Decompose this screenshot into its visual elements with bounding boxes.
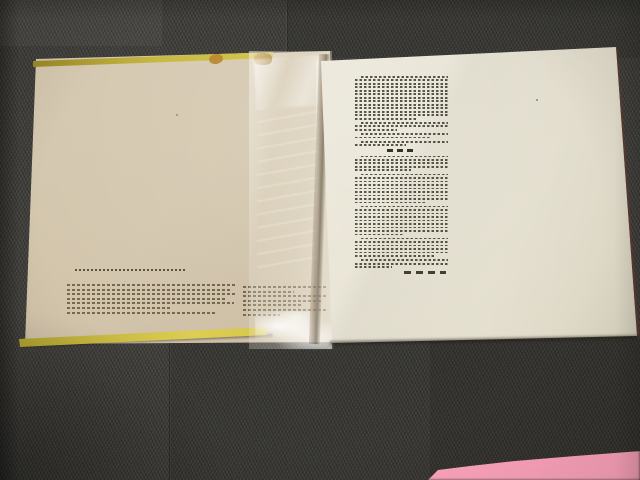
notes-text-line xyxy=(355,230,448,232)
notes-text-line xyxy=(355,252,448,254)
notes-section-heading xyxy=(387,149,417,153)
notes-text-line xyxy=(355,188,448,190)
care-note-column-left xyxy=(67,284,237,316)
notes-text-line xyxy=(355,209,448,211)
carpet-tile-highlight xyxy=(0,0,163,47)
notes-text-line xyxy=(361,133,448,135)
notes-text-line xyxy=(355,227,448,229)
cover-fleck xyxy=(176,114,178,116)
notes-text-line xyxy=(355,234,403,236)
care-text-line xyxy=(67,284,237,286)
notes-text-line xyxy=(355,125,448,127)
notes-text-line xyxy=(355,83,448,85)
notes-text-line xyxy=(361,156,448,158)
notes-text-line xyxy=(361,76,448,78)
notes-paragraph xyxy=(355,174,448,204)
liner-notes-text-column xyxy=(355,76,448,274)
notes-author-credit xyxy=(404,271,446,274)
notes-text-line xyxy=(355,198,448,200)
notes-paragraph xyxy=(355,206,448,236)
notes-text-line xyxy=(355,241,448,243)
notes-text-line xyxy=(355,144,406,146)
notes-text-line xyxy=(361,206,448,208)
photo-lp-gatefold-on-carpet xyxy=(0,0,640,480)
notes-text-line xyxy=(355,137,431,139)
care-text-line xyxy=(67,302,234,304)
notes-text-line xyxy=(355,162,448,164)
notes-paragraph xyxy=(355,76,448,120)
notes-text-line xyxy=(355,104,448,106)
notes-text-line xyxy=(361,259,448,261)
notes-paragraph xyxy=(355,156,448,172)
notes-section-top xyxy=(355,76,448,146)
notes-text-line xyxy=(361,238,448,240)
care-text-line xyxy=(67,298,227,300)
notes-text-line xyxy=(355,191,448,193)
care-text-line xyxy=(67,289,232,291)
notes-text-line xyxy=(355,202,425,204)
notes-text-line xyxy=(355,248,448,250)
notes-text-line xyxy=(355,107,448,109)
notes-text-line xyxy=(355,114,448,116)
care-text-line xyxy=(67,312,217,314)
notes-text-line xyxy=(355,159,448,161)
carpet-seam-vertical-bottom xyxy=(169,342,170,480)
notes-text-line xyxy=(361,174,448,176)
notes-paragraph xyxy=(355,133,448,138)
notes-text-line xyxy=(355,195,448,197)
notes-text-line xyxy=(355,184,448,186)
notes-paragraph xyxy=(355,122,448,131)
notes-text-line xyxy=(361,141,448,143)
notes-paragraph xyxy=(355,238,448,257)
notes-text-line xyxy=(355,213,448,215)
notes-text-line xyxy=(355,266,392,268)
notes-text-line xyxy=(355,177,448,179)
notes-text-line xyxy=(355,90,448,92)
notes-text-line xyxy=(355,245,448,247)
page-fleck xyxy=(536,99,538,101)
care-note-title-line xyxy=(75,269,185,271)
notes-text-line xyxy=(355,111,448,113)
notes-text-line xyxy=(355,220,448,222)
notes-text-line xyxy=(361,122,448,124)
notes-text-line xyxy=(355,97,448,99)
notes-text-line xyxy=(355,169,411,171)
notes-paragraph xyxy=(355,259,448,268)
notes-text-line xyxy=(355,129,397,131)
notes-section-bottom xyxy=(355,156,448,269)
care-text-line xyxy=(67,293,235,295)
notes-text-line xyxy=(355,86,448,88)
notes-text-line xyxy=(355,263,448,265)
notes-text-line xyxy=(355,100,448,102)
notes-text-line xyxy=(355,118,418,120)
notes-text-line xyxy=(355,166,448,168)
notes-text-line xyxy=(355,181,448,183)
notes-text-line xyxy=(355,216,448,218)
notes-text-line xyxy=(355,93,448,95)
notes-paragraph xyxy=(355,141,448,146)
notes-text-line xyxy=(355,255,434,257)
care-text-line xyxy=(67,307,172,309)
notes-text-line xyxy=(355,223,448,225)
notes-text-line xyxy=(355,79,448,81)
